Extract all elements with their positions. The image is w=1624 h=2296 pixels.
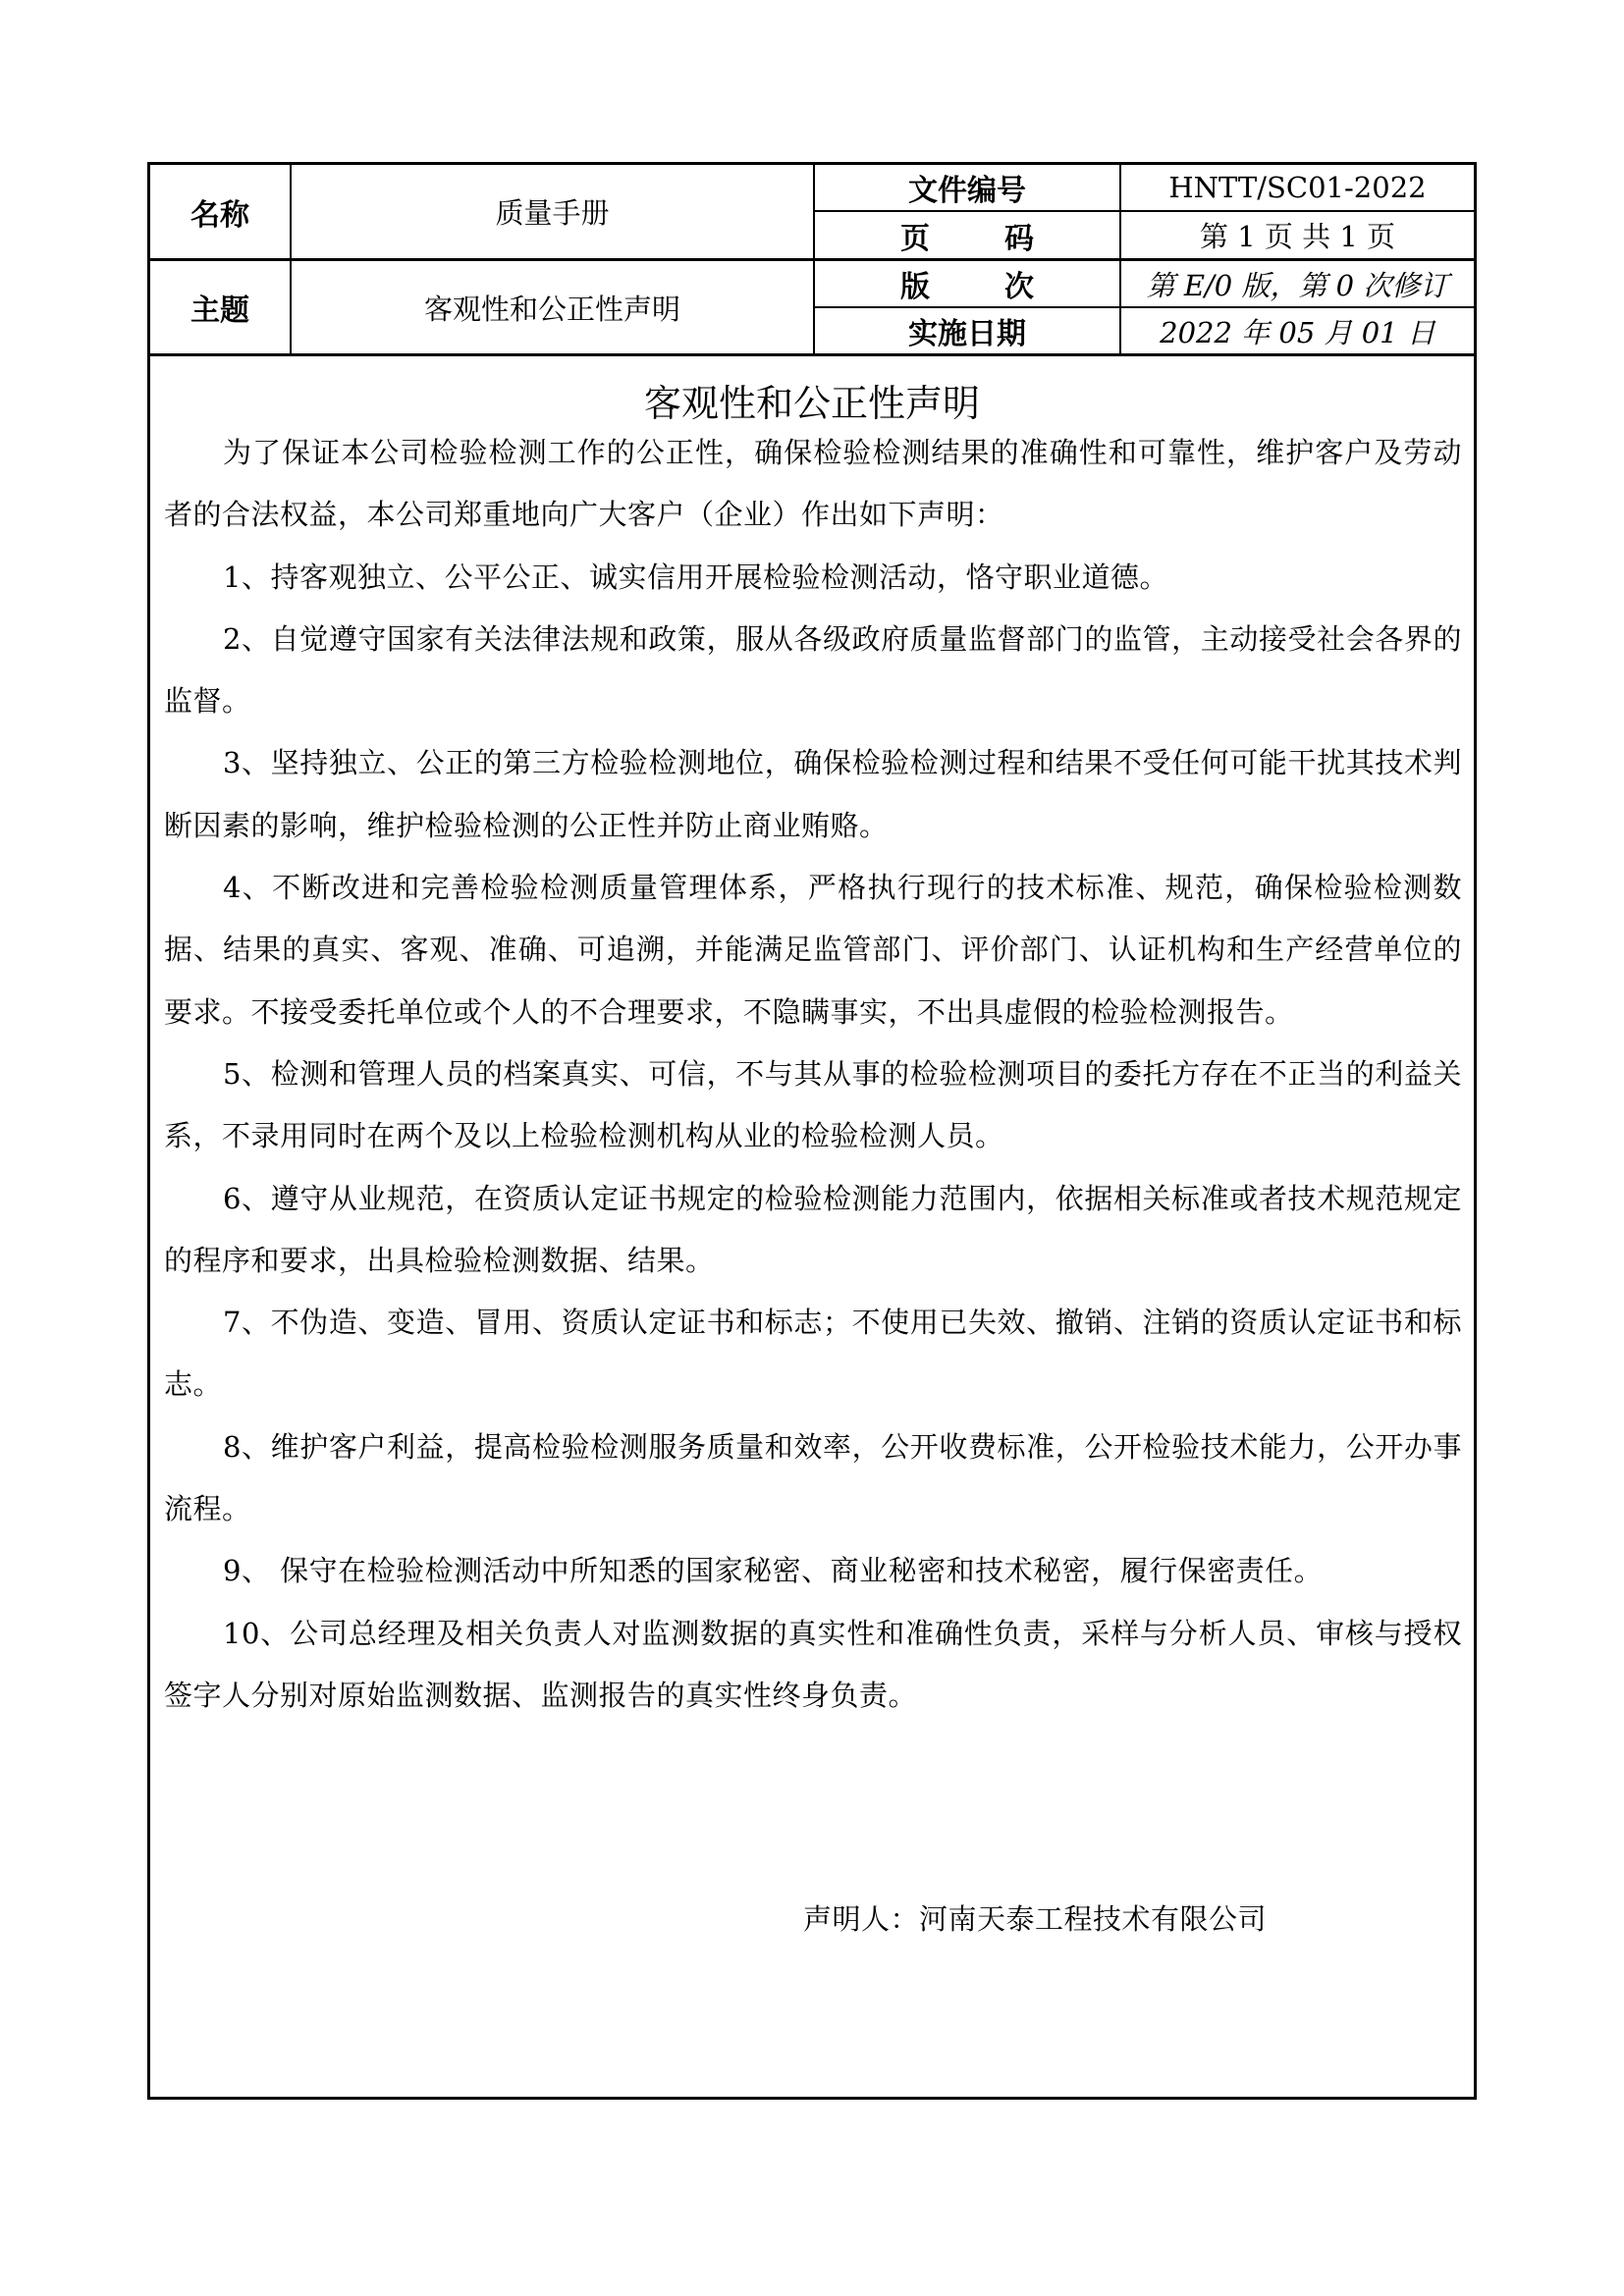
clause-7: 7、不伪造、变造、冒用、资质认定证书和标志；不使用已失效、撤销、注销的资质认定证… bbox=[164, 1292, 1462, 1416]
edition-value: 第 E/0 版，第 0 次修订 bbox=[1121, 261, 1474, 306]
intro-paragraph: 为了保证本公司检验检测工作的公正性，确保检验检测结果的准确性和可靠性，维护客户及… bbox=[164, 422, 1462, 547]
page-label: 页码 bbox=[815, 212, 1119, 258]
clause-1: 1、持客观独立、公平公正、诚实信用开展检验检测活动，恪守职业道德。 bbox=[164, 547, 1462, 609]
page-value: 第 1 页 共 1 页 bbox=[1121, 212, 1474, 258]
page-label-b: 码 bbox=[1004, 214, 1034, 257]
clause-5: 5、检测和管理人员的档案真实、可信，不与其从事的检验检测项目的委托方存在不正当的… bbox=[164, 1043, 1462, 1168]
edition-label-b: 次 bbox=[1004, 262, 1034, 305]
clause-8: 8、维护客户利益，提高检验检测服务质量和效率，公开收费标准，公开检验技术能力，公… bbox=[164, 1416, 1462, 1541]
effective-date-value: 2022 年 05 月 01 日 bbox=[1121, 308, 1474, 353]
name-label: 名称 bbox=[150, 165, 290, 258]
clause-9: 9、 保守在检验检测活动中所知悉的国家秘密、商业秘密和技术秘密，履行保密责任。 bbox=[164, 1540, 1462, 1602]
page-label-a: 页 bbox=[900, 214, 930, 257]
doc-number-label: 文件编号 bbox=[815, 165, 1119, 210]
header-table: 名称 质量手册 主题 客观性和公正性声明 文件编号 页码 版次 实施日期 HNT… bbox=[150, 165, 1474, 356]
statement-body: 为了保证本公司检验检测工作的公正性，确保检验检测结果的准确性和可靠性，维护客户及… bbox=[164, 422, 1462, 1727]
effective-date-label: 实施日期 bbox=[815, 308, 1119, 353]
clause-2: 2、自觉遵守国家有关法律法规和政策，服从各级政府质量监督部门的监管，主动接受社会… bbox=[164, 609, 1462, 733]
clause-4: 4、不断改进和完善检验检测质量管理体系，严格执行现行的技术标准、规范，确保检验检… bbox=[164, 857, 1462, 1043]
clause-10: 10、公司总经理及相关负责人对监测数据的真实性和准确性负责，采样与分析人员、审核… bbox=[164, 1603, 1462, 1728]
signer-line: 声明人：河南天泰工程技术有限公司 bbox=[803, 1897, 1267, 1938]
topic-label: 主题 bbox=[150, 261, 290, 353]
topic-value: 客观性和公正性声明 bbox=[292, 261, 813, 353]
edition-label-a: 版 bbox=[900, 262, 930, 305]
clause-3: 3、坚持独立、公正的第三方检验检测地位，确保检验检测过程和结果不受任何可能干扰其… bbox=[164, 732, 1462, 857]
doc-number-value: HNTT/SC01-2022 bbox=[1121, 165, 1474, 210]
name-value: 质量手册 bbox=[292, 165, 813, 258]
clause-6: 6、遵守从业规范，在资质认定证书规定的检验检测能力范围内，依据相关标准或者技术规… bbox=[164, 1168, 1462, 1293]
edition-label: 版次 bbox=[815, 261, 1119, 306]
document-frame: 名称 质量手册 主题 客观性和公正性声明 文件编号 页码 版次 实施日期 HNT… bbox=[147, 162, 1477, 2100]
document-title: 客观性和公正性声明 bbox=[150, 373, 1474, 427]
